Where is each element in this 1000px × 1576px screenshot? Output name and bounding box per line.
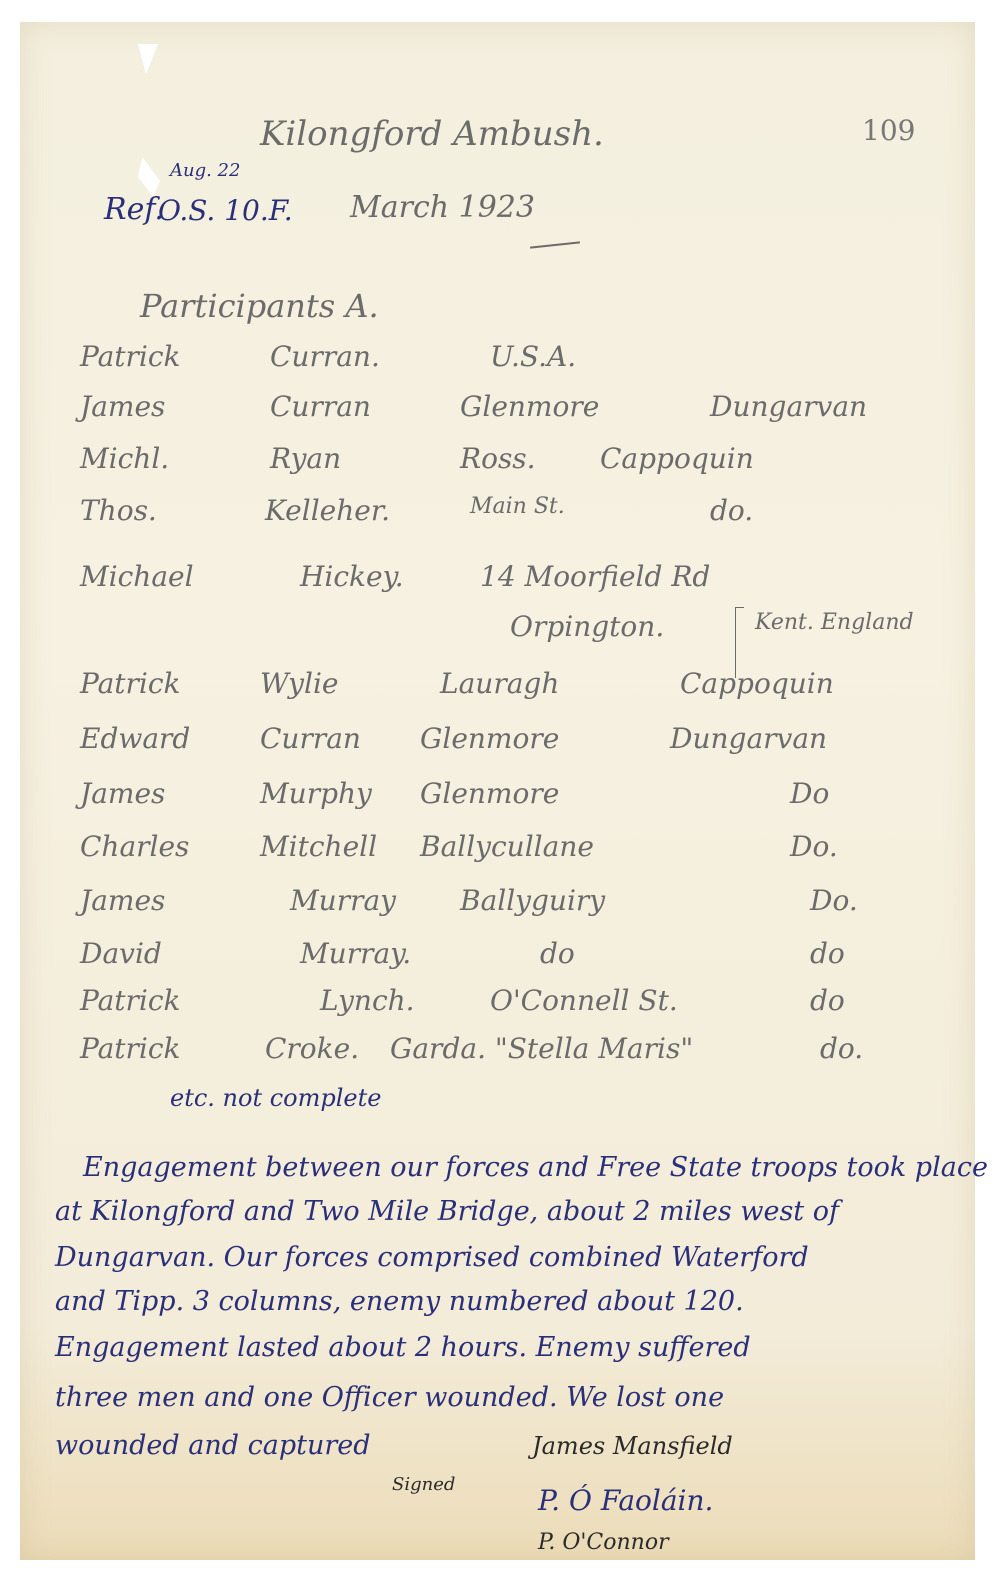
participant-row: Patrick Curran. U.S.A. <box>20 340 975 390</box>
list-note: etc. not complete <box>170 1084 381 1112</box>
last-name: Murray. <box>300 937 411 970</box>
first-name: James <box>80 884 165 917</box>
narrative-line: and Tipp. 3 columns, enemy numbered abou… <box>55 1286 744 1317</box>
last-name: Lynch. <box>320 984 415 1017</box>
narrative-line: three men and one Officer wounded. We lo… <box>55 1382 724 1413</box>
last-name: Murphy <box>260 777 372 810</box>
signed-label: Signed <box>392 1474 455 1495</box>
participant-row: David Murray. do do <box>20 937 975 987</box>
place: Ross. <box>460 442 536 475</box>
place: Glenmore <box>420 777 559 810</box>
first-name: Michl. <box>80 442 169 475</box>
first-name: Edward <box>80 722 190 755</box>
place: Lauragh <box>440 667 559 700</box>
last-name: Mitchell <box>260 830 377 863</box>
last-name: Kelleher. <box>265 494 390 527</box>
town: Cappoquin <box>600 442 754 475</box>
reference-note: Aug. 22 <box>170 160 240 181</box>
place: Ballyguiry <box>460 884 605 917</box>
narrative-line: Engagement between our forces and Free S… <box>83 1152 988 1183</box>
reference-code: O.S. 10.F. <box>158 194 293 227</box>
first-name: James <box>80 390 165 423</box>
reference-date: March 1923 <box>350 190 535 225</box>
place: Glenmore <box>460 390 599 423</box>
paper-notch <box>138 44 158 74</box>
participant-row: Patrick Croke. Garda. "Stella Maris" do. <box>20 1032 975 1082</box>
document-title: Kilongford Ambush. <box>260 114 604 154</box>
participant-row: James Curran Glenmore Dungarvan <box>20 390 975 440</box>
town: Dungarvan <box>710 390 867 423</box>
participant-row: Edward Curran Glenmore Dungarvan <box>20 722 975 772</box>
document-page: Kilongford Ambush. 109 Aug. 22 Ref. O.S.… <box>20 22 975 1560</box>
last-name: Croke. <box>265 1032 359 1065</box>
reference-label: Ref. <box>104 192 164 227</box>
participant-row: Thos. Kelleher. Main St. do. <box>20 494 975 544</box>
town: do <box>810 937 845 970</box>
last-name: Curran <box>270 390 371 423</box>
signature-mansfield: James Mansfield <box>532 1432 733 1460</box>
place: U.S.A. <box>490 340 576 373</box>
first-name: Charles <box>80 830 189 863</box>
date-underline <box>530 241 580 248</box>
narrative-line: Dungarvan. Our forces comprised combined… <box>55 1242 809 1273</box>
participant-row: Michael Hickey. 14 Moorfield Rd <box>20 560 975 610</box>
place: Orpington. <box>510 610 664 643</box>
participant-row: Charles Mitchell Ballycullane Do. <box>20 830 975 880</box>
signature-third: P. O'Connor <box>538 1530 669 1555</box>
place: Ballycullane <box>420 830 594 863</box>
town: Do. <box>810 884 858 917</box>
place: O'Connell St. <box>490 984 678 1017</box>
place: do <box>540 937 575 970</box>
town: Do. <box>790 830 838 863</box>
last-name: Hickey. <box>300 560 404 593</box>
town: Do <box>790 777 829 810</box>
place: Garda. "Stella Maris" <box>390 1032 693 1065</box>
participant-row: James Murray Ballyguiry Do. <box>20 884 975 934</box>
last-name: Wylie <box>260 667 338 700</box>
first-name: James <box>80 777 165 810</box>
participant-row: Patrick Lynch. O'Connell St. do <box>20 984 975 1034</box>
first-name: Patrick <box>80 340 181 373</box>
last-name: Ryan <box>270 442 341 475</box>
town: Kent. England <box>755 610 914 635</box>
first-name: Michael <box>80 560 194 593</box>
last-name: Curran. <box>270 340 380 373</box>
last-name: Curran <box>260 722 361 755</box>
first-name: Patrick <box>80 667 181 700</box>
place: 14 Moorfield Rd <box>480 560 710 593</box>
narrative-line: Engagement lasted about 2 hours. Enemy s… <box>55 1332 751 1363</box>
narrative-line: wounded and captured <box>55 1430 371 1461</box>
participants-heading: Participants A. <box>140 287 379 325</box>
first-name: Patrick <box>80 1032 181 1065</box>
first-name: Patrick <box>80 984 181 1017</box>
participant-row: James Murphy Glenmore Do <box>20 777 975 827</box>
first-name: David <box>80 937 162 970</box>
place: Glenmore <box>420 722 559 755</box>
place: Main St. <box>470 494 565 519</box>
town: do. <box>710 494 753 527</box>
paper-tear <box>138 157 160 197</box>
town: Cappoquin <box>680 667 834 700</box>
participant-row: Michl. Ryan Ross. Cappoquin <box>20 442 975 492</box>
last-name: Murray <box>290 884 396 917</box>
town: do. <box>820 1032 863 1065</box>
page-number: 109 <box>862 114 915 147</box>
first-name: Thos. <box>80 494 157 527</box>
participant-address-continuation: Orpington. Kent. England <box>20 610 975 660</box>
town: do <box>810 984 845 1017</box>
signature-second: P. Ó Faoláin. <box>538 1484 713 1517</box>
participant-row: Patrick Wylie Lauragh Cappoquin <box>20 667 975 717</box>
town: Dungarvan <box>670 722 827 755</box>
narrative-line: at Kilongford and Two Mile Bridge, about… <box>55 1196 839 1227</box>
